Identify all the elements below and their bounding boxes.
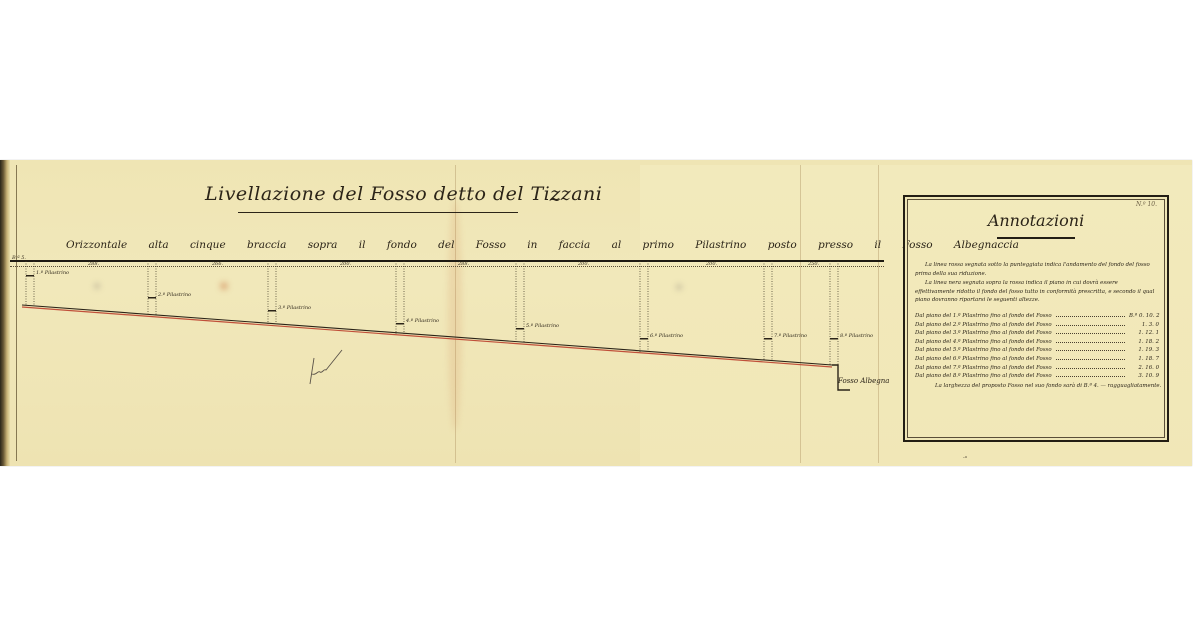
table-row: Dal piano del 6.º Pilastrino fino al fon… — [915, 356, 1159, 365]
table-row: Dal piano del 5.º Pilastrino fino al fon… — [915, 347, 1159, 356]
row-value: 1. 18. 7 — [1129, 356, 1159, 362]
station-label: 7.º Pilastrino — [774, 333, 807, 339]
dotted-leader — [1056, 368, 1125, 369]
row-label: Dal piano del 7.º Pilastrino fino al fon… — [915, 365, 1052, 371]
dotted-leader — [1056, 376, 1125, 377]
row-value: B.ª 0. 10. 2 — [1129, 313, 1159, 319]
row-label: Dal piano del 6.º Pilastrino fino al fon… — [915, 356, 1052, 362]
station-label: 4.º Pilastrino — [406, 318, 439, 324]
station-label: 3.º Pilastrino — [278, 305, 311, 311]
station-label: 5.º Pilastrino — [526, 323, 559, 329]
station-label: 1.º Pilastrino — [36, 270, 69, 276]
table-row: Dal piano del 1.º Pilastrino fino al fon… — [915, 313, 1159, 322]
dotted-leader — [1056, 342, 1125, 343]
row-label: Dal piano del 2.º Pilastrino fino al fon… — [915, 322, 1052, 328]
row-value: 3. 10. 9 — [1129, 373, 1159, 379]
table-row: Dal piano del 2.º Pilastrino fino al fon… — [915, 322, 1159, 331]
signature-mark — [302, 348, 352, 388]
row-value: 1. 12. 1 — [1129, 330, 1159, 336]
row-label: Dal piano del 1.º Pilastrino fino al fon… — [915, 313, 1052, 319]
dotted-leader — [1056, 325, 1125, 326]
station-label: 8.º Pilastrino — [840, 333, 873, 339]
station-label: 2.º Pilastrino — [158, 292, 191, 298]
row-value: 1. 19. 3 — [1129, 347, 1159, 353]
station-label: 6.º Pilastrino — [650, 333, 683, 339]
dotted-leader — [1056, 316, 1125, 317]
table-row: Dal piano del 3.º Pilastrino fino al fon… — [915, 330, 1159, 339]
annotation-footer: La larghezza del proposto Fosso nel suo … — [935, 383, 1159, 389]
table-row: Dal piano del 8.º Pilastrino fino al fon… — [915, 373, 1159, 382]
row-label: Dal piano del 3.º Pilastrino fino al fon… — [915, 330, 1052, 336]
annotation-paragraph: La linea nera segnata sopra la rossa ind… — [915, 279, 1157, 305]
annotations-title: Annotazioni — [905, 211, 1167, 230]
row-value: 1. 18. 2 — [1129, 339, 1159, 345]
annotation-paragraph: La linea rossa segnata sotto la punteggi… — [915, 261, 1157, 278]
dotted-leader — [1056, 359, 1125, 360]
outfall-label: Fosso Albegna — [838, 377, 889, 385]
sheet-number: N.º 10. — [1136, 201, 1157, 208]
row-value: 2. 16. 0 — [1129, 365, 1159, 371]
table-row: Dal piano del 7.º Pilastrino fino al fon… — [915, 365, 1159, 374]
ink-blot: ·ᵒ — [963, 455, 967, 462]
dotted-leader — [1056, 333, 1125, 334]
annotations-panel: N.º 10. Annotazioni La linea rossa segna… — [903, 195, 1169, 442]
annotations-title-underline — [997, 237, 1075, 239]
row-label: Dal piano del 4.º Pilastrino fino al fon… — [915, 339, 1052, 345]
row-value: 1. 3. 0 — [1129, 322, 1159, 328]
dotted-leader — [1056, 350, 1125, 351]
height-table: Dal piano del 1.º Pilastrino fino al fon… — [915, 313, 1159, 382]
row-label: Dal piano del 8.º Pilastrino fino al fon… — [915, 373, 1052, 379]
row-label: Dal piano del 5.º Pilastrino fino al fon… — [915, 347, 1052, 353]
